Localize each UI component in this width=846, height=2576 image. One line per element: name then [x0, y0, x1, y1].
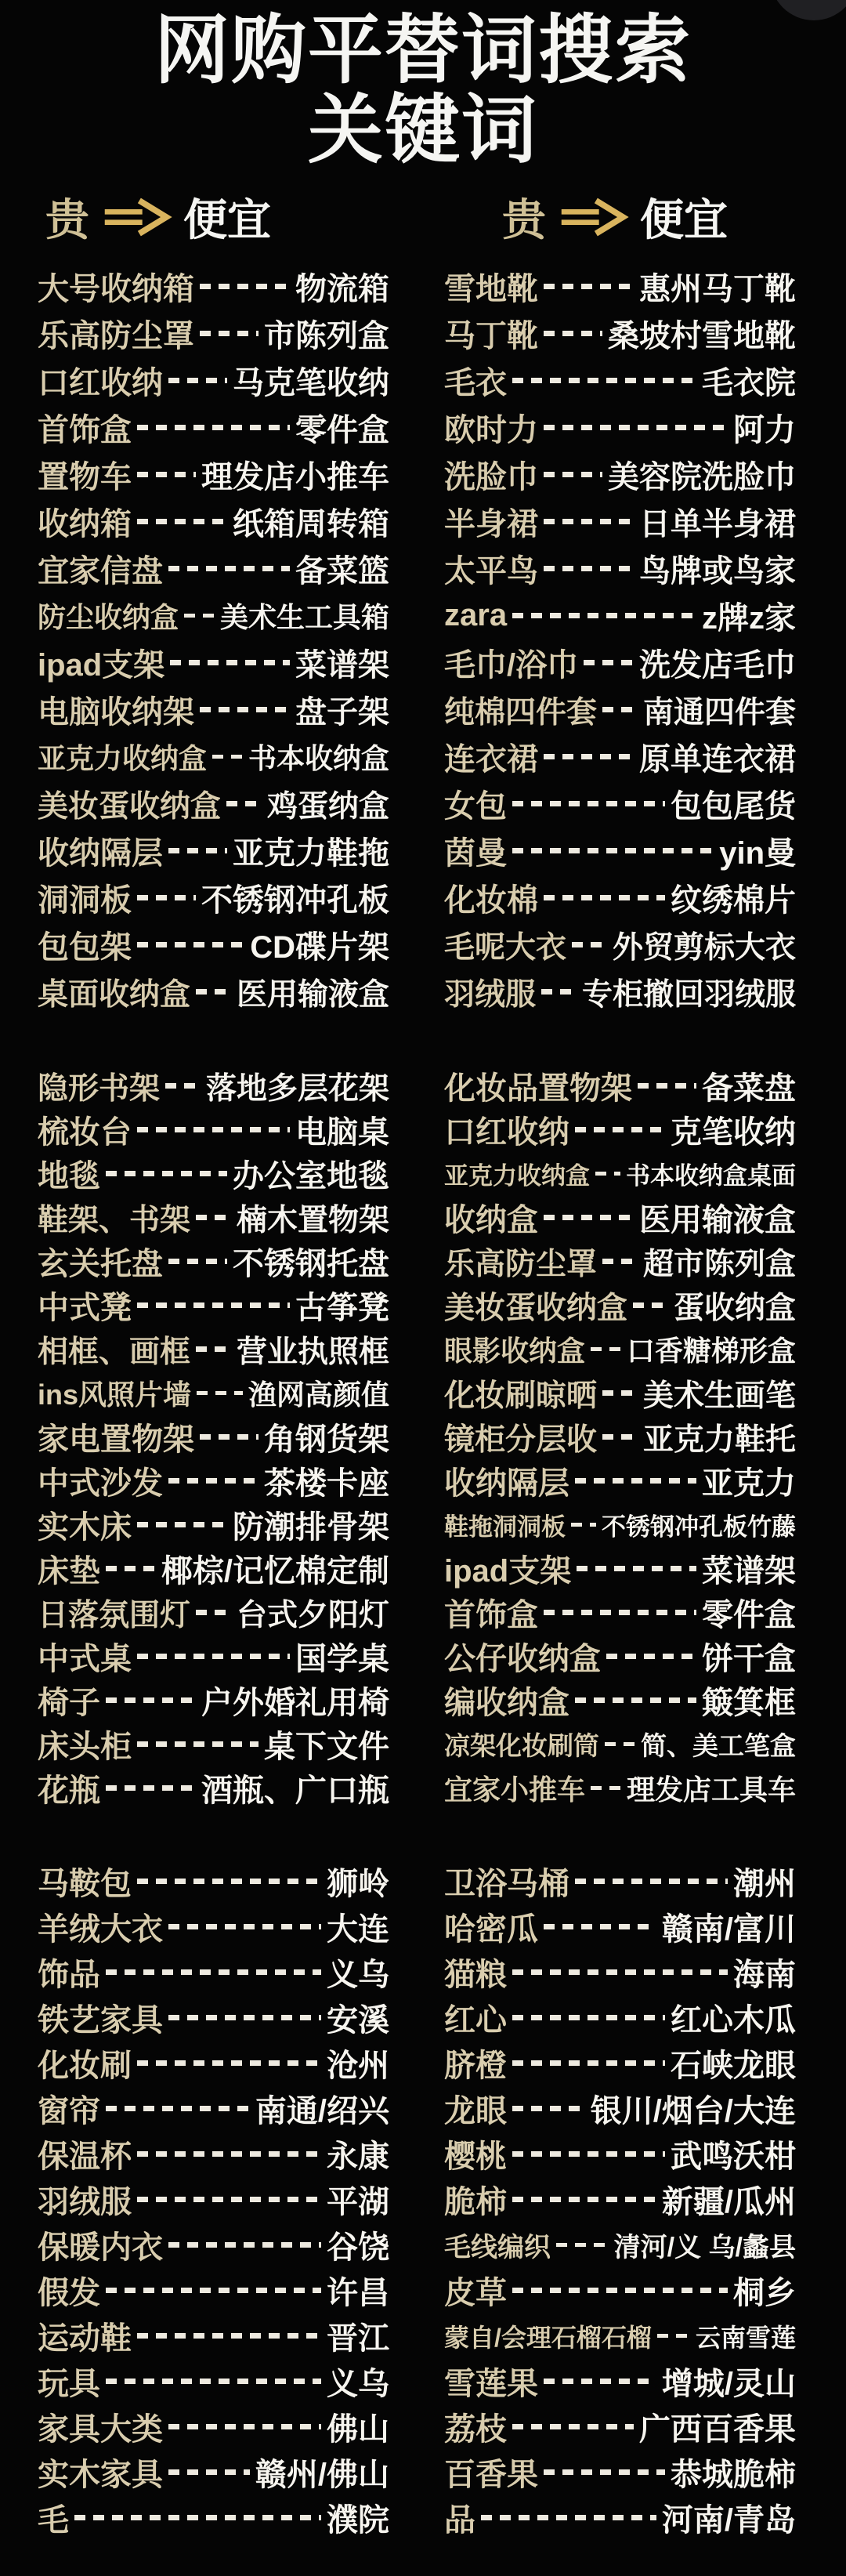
expensive-label: 贵 [45, 186, 89, 248]
expensive-term: 包包架 [38, 922, 132, 967]
substitute-row: 半身裙日单半身裙 [444, 498, 796, 545]
expensive-term: 荔枝 [444, 2404, 507, 2449]
substitute-row: 铁艺家具安溪 [38, 1995, 389, 2041]
dash-filler [544, 2379, 656, 2383]
expensive-term: 桌面收纳盒 [38, 970, 190, 1014]
expensive-term: 乐高防尘罩 [38, 311, 194, 356]
cheap-term: 永康 [327, 2132, 389, 2176]
substitute-row: 毛线编织清河/义 乌/蠡县 [444, 2223, 796, 2268]
dash-filler [602, 1434, 638, 1439]
dash-filler [572, 942, 607, 947]
expensive-term: 收纳隔层 [38, 828, 163, 873]
expensive-term: 乐高防尘罩 [444, 1240, 597, 1284]
dash-filler [137, 2197, 321, 2201]
cheap-term: 广西百香果 [639, 2404, 796, 2449]
expensive-term: 大号收纳箱 [38, 264, 194, 309]
cheap-term: 零件盒 [702, 1590, 796, 1635]
cheap-term: 角钢货架 [264, 1415, 389, 1459]
substitute-row: 亚克力收纳盒书本收纳盒桌面 [444, 1152, 796, 1196]
cheap-term: 惠州马丁靴 [639, 264, 796, 309]
cheap-term: 酒瓶、广口瓶 [201, 1766, 389, 1810]
substitute-row: 毛巾/浴巾洗发店毛巾 [444, 639, 796, 687]
dash-filler [137, 472, 196, 476]
substitute-row: 防尘收纳盒美术生工具箱 [38, 592, 389, 639]
cheap-term: 蛋收纳盒 [674, 1284, 796, 1328]
substitute-row: 毛呢大衣外贸剪标大衣 [444, 922, 796, 969]
cheap-term: 武鸣沃柑 [671, 2132, 796, 2176]
substitute-row: 口红收纳马克笔收纳 [38, 357, 389, 404]
cheap-term: 盘子架 [295, 687, 389, 732]
substitute-row: 百香果恭城脆柿 [444, 2450, 796, 2495]
dash-filler [602, 707, 638, 712]
cheap-term: 包包尾货 [671, 781, 796, 826]
substitute-row: 欧时力阿力 [444, 404, 796, 451]
dash-filler [591, 1786, 621, 1791]
substitute-row: 收纳盒医用输液盒 [444, 1196, 796, 1240]
substitute-row: 眼影收纳盒口香糖梯形盒 [444, 1328, 796, 1371]
expensive-term: 隐形书架 [38, 1064, 160, 1108]
expensive-term: 马丁靴 [444, 311, 538, 356]
expensive-term: 公仔收纳盒 [444, 1634, 601, 1679]
substitute-row: 玩具义乌 [38, 2359, 389, 2404]
legend-group-left: 贵 便宜 [45, 186, 271, 248]
cheap-term: 谷饶 [327, 2223, 389, 2267]
dash-filler [605, 1742, 635, 1746]
substitute-row: 饰品义乌 [38, 1950, 389, 1995]
cheap-term: 桌下文件 [264, 1722, 389, 1766]
expensive-term: 亚克力收纳盒 [38, 737, 207, 777]
expensive-term: 雪莲果 [444, 2359, 538, 2404]
cheap-term: 赣南/富川 [662, 1904, 796, 1949]
dash-filler [226, 801, 262, 806]
substitute-row: 红心红心木瓜 [444, 1995, 796, 2041]
substitute-row: 毛衣毛衣院 [444, 357, 796, 404]
cheap-term: 大连 [327, 1904, 389, 1949]
expensive-term: 实木床 [38, 1502, 132, 1547]
dash-filler [657, 2334, 690, 2338]
substitute-row: 羽绒服平湖 [38, 2177, 389, 2223]
cheap-term: 鸟牌或鸟家 [639, 546, 796, 591]
cheap-term: 椰棕/记忆棉定制 [161, 1546, 389, 1591]
dash-filler [512, 1969, 728, 1974]
substitute-row: 假发许昌 [38, 2268, 389, 2313]
expensive-term: 日落氛围灯 [38, 1591, 190, 1635]
expensive-term: 鞋拖洞洞板 [444, 1507, 566, 1542]
substitute-row: 收纳箱纸箱周转箱 [38, 498, 389, 545]
expensive-term: 置物车 [38, 452, 132, 497]
substitute-row: 女包包包尾货 [444, 781, 796, 828]
substitute-row: 收纳隔层亚克力 [444, 1459, 796, 1503]
cheap-term: 簸箕框 [702, 1678, 796, 1723]
dash-filler [544, 2469, 665, 2474]
expensive-term: 化妆棉 [444, 875, 538, 920]
dash-filler [137, 1302, 290, 1307]
expensive-term: zara [444, 598, 507, 633]
substitute-row: 洞洞板不锈钢冲孔板 [38, 875, 389, 922]
poster-header: 网购平替词搜索 关键词 贵 便宜 贵 便宜 [0, 0, 846, 243]
substitute-row: 荔枝广西百香果 [444, 2404, 796, 2450]
cheap-term: 濮院 [327, 2495, 389, 2540]
substitute-row: 床头柜桌下文件 [38, 1723, 389, 1766]
cheap-term: 亚克力鞋拖 [233, 828, 389, 873]
dash-filler [106, 1566, 156, 1571]
dash-filler [481, 2515, 656, 2520]
expensive-term: 玄关托盘 [38, 1239, 163, 1284]
page-title-line2: 关键词 [0, 91, 846, 171]
expensive-term: 家电置物架 [38, 1415, 194, 1459]
right-column: 卫浴马桶潮州哈密瓜赣南/富川猫粮海南红心红心木瓜脐橙石峡龙眼龙眼银川/烟台/大连… [444, 1859, 796, 2541]
substitute-row: 雪莲果增城/灵山 [444, 2359, 796, 2404]
substitute-row: 大号收纳箱物流箱 [38, 263, 389, 310]
cheap-term: 日单半身裙 [639, 499, 796, 544]
cheap-term: 纹绣棉片 [671, 875, 796, 920]
cheap-term: CD碟片架 [250, 922, 389, 967]
expensive-term: 美妆蛋收纳盒 [38, 782, 221, 826]
substitute-row: 日落氛围灯台式夕阳灯 [38, 1591, 389, 1635]
dash-filler [137, 519, 227, 524]
page-title: 网购平替词搜索 [0, 11, 846, 91]
dash-filler [168, 1259, 227, 1263]
substitute-row: 洗脸巾美容院洗脸巾 [444, 451, 796, 498]
substitute-row: 首饰盒零件盒 [444, 1591, 796, 1635]
substitute-row: 皮草桐乡 [444, 2268, 796, 2313]
expensive-term: 饰品 [38, 1950, 100, 1994]
dash-filler [168, 2424, 321, 2429]
dash-filler [137, 2333, 321, 2338]
dash-filler [106, 2106, 250, 2110]
dash-filler [544, 895, 665, 900]
expensive-term: 皮草 [444, 2268, 507, 2313]
expensive-term: 凉架化妆刷筒 [444, 1726, 599, 1763]
expensive-term: ipad支架 [38, 640, 164, 685]
dash-filler [196, 1215, 231, 1219]
legend-row: 贵 便宜 贵 便宜 [0, 191, 846, 243]
cheap-term: 台式夕阳灯 [237, 1591, 389, 1635]
expensive-term: 毛呢大衣 [444, 923, 566, 967]
dash-filler [137, 895, 196, 900]
substitute-row: 家电置物架角钢货架 [38, 1415, 389, 1459]
expensive-term: 运动鞋 [38, 2313, 132, 2358]
expensive-term: 实木家具 [38, 2450, 163, 2494]
dash-filler [512, 848, 714, 853]
substitute-row: 马丁靴桑坡村雪地靴 [444, 310, 796, 357]
expensive-term: 口红收纳 [38, 358, 163, 403]
dash-filler [512, 613, 696, 618]
expensive-term: 茵曼 [444, 828, 507, 873]
substitute-row: 鞋架、书架楠木置物架 [38, 1196, 389, 1240]
substitute-row: 地毯办公室地毯 [38, 1152, 389, 1196]
cheap-term: 落地多层花架 [206, 1064, 389, 1108]
substitute-row: 卫浴马桶潮州 [444, 1859, 796, 1904]
dash-filler [544, 754, 634, 759]
dash-filler [74, 2515, 321, 2520]
dash-filler [212, 755, 243, 759]
cheap-term: 书本收纳盒 [248, 737, 389, 777]
substitute-row: 蒙自/会理石榴石榴云南雪莲 [444, 2313, 796, 2359]
expensive-term: 椅子 [38, 1678, 100, 1723]
substitute-row: 化妆刷沧州 [38, 2041, 389, 2086]
dash-filler [197, 1391, 243, 1396]
substitute-row: 桌面收纳盒医用输液盒 [38, 969, 389, 1016]
expensive-term: 毛线编织 [444, 2226, 551, 2264]
cheap-term: 户外婚礼用椅 [201, 1678, 389, 1723]
cheap-term: 外贸剪标大衣 [613, 923, 796, 967]
substitute-row: 运动鞋晋江 [38, 2313, 389, 2359]
cheap-term: 营业执照框 [237, 1328, 389, 1371]
cheap-term: 银川/烟台/大连 [591, 2086, 796, 2131]
expensive-term: 中式桌 [38, 1634, 132, 1679]
cheap-term: 晋江 [327, 2313, 389, 2358]
substitute-row: 中式凳古筝凳 [38, 1284, 389, 1328]
substitute-row: 化妆品置物架备菜盘 [444, 1064, 796, 1108]
expensive-term: 口红收纳 [444, 1107, 569, 1152]
expensive-term: 纯棉四件套 [444, 688, 597, 732]
cheap-term: 新疆/瓜州 [662, 2177, 796, 2222]
expensive-term: 相框、画框 [38, 1328, 190, 1371]
cheap-term: 增城/灵山 [662, 2359, 796, 2404]
dash-filler [512, 2151, 665, 2156]
substitute-row: 窗帘南通/绍兴 [38, 2086, 389, 2132]
cheap-term: 佛山 [327, 2404, 389, 2449]
cheap-term: 菜谱架 [702, 1546, 796, 1591]
dash-filler [168, 1478, 258, 1483]
dash-filler [633, 1302, 668, 1307]
cheap-term: 云南雪莲 [696, 2318, 796, 2354]
expensive-term: 家具大类 [38, 2404, 163, 2449]
expensive-term: 蒙自/会理石榴石榴 [444, 2318, 652, 2354]
cheap-term: 理发店工具车 [627, 1768, 796, 1808]
expensive-term: 卫浴马桶 [444, 1859, 569, 1904]
substitute-row: 梳妆台电脑桌 [38, 1108, 389, 1152]
expensive-term: 品 [444, 2495, 475, 2540]
cheap-term: 超市陈列盒 [643, 1240, 796, 1284]
expensive-term: 镜柜分层收 [444, 1415, 597, 1459]
cheap-term: 平湖 [327, 2177, 389, 2222]
dash-filler [512, 378, 696, 382]
substitute-row: 口红收纳克笔收纳 [444, 1108, 796, 1152]
expensive-term: 太平鸟 [444, 546, 538, 591]
dash-filler [571, 1523, 596, 1527]
cheap-term: 海南 [733, 1950, 796, 1994]
cheap-term: 不锈钢冲孔板 [201, 875, 389, 920]
cheap-term: 清河/义 乌/蠡县 [614, 2226, 796, 2264]
cheap-term: 不锈钢冲孔板竹藤 [602, 1507, 796, 1542]
dash-filler [168, 2469, 250, 2474]
dash-filler [575, 1697, 696, 1702]
expensive-term: 宜家小推车 [444, 1768, 585, 1808]
dash-filler [137, 1741, 258, 1746]
cheap-term: 克笔收纳 [671, 1107, 796, 1152]
dash-filler [577, 1566, 696, 1571]
dash-filler [544, 1924, 656, 1929]
substitute-row: 羊绒大衣大连 [38, 1904, 389, 1950]
dash-filler [512, 2424, 634, 2429]
substitute-row: 鞋拖洞洞板不锈钢冲孔板竹藤 [444, 1503, 796, 1547]
expensive-term: 欧时力 [444, 405, 538, 450]
expensive-term: 中式沙发 [38, 1458, 163, 1503]
substitute-row: 连衣裙原单连衣裙 [444, 734, 796, 781]
substitute-row: 马鞍包狮岭 [38, 1859, 389, 1904]
dash-filler [168, 2242, 321, 2247]
expensive-term: 中式凳 [38, 1283, 132, 1328]
right-column: 雪地靴惠州马丁靴马丁靴桑坡村雪地靴毛衣毛衣院欧时力阿力洗脸巾美容院洗脸巾半身裙日… [444, 263, 796, 1016]
dash-filler [544, 284, 634, 288]
dash-filler [137, 1879, 321, 1883]
dash-filler [168, 2015, 321, 2020]
cheap-term: 义乌 [327, 1950, 389, 1994]
cheap-term: 备菜盘 [702, 1063, 796, 1108]
dash-filler [575, 1879, 728, 1883]
cheap-term: 书本收纳盒桌面 [626, 1156, 796, 1191]
substitute-row: 雪地靴惠州马丁靴 [444, 263, 796, 310]
cheap-term: 市陈列盒 [264, 311, 389, 356]
substitute-row: 纯棉四件套南通四件套 [444, 687, 796, 734]
expensive-term: ins风照片墙 [38, 1373, 191, 1413]
substitute-row: 玄关托盘不锈钢托盘 [38, 1240, 389, 1284]
cheap-term: 鸡蛋纳盒 [267, 782, 389, 826]
cheap-term: 亚克力 [702, 1458, 796, 1503]
dash-filler [200, 331, 258, 335]
expensive-term: 首饰盒 [38, 405, 132, 450]
substitute-row: 编收纳盒簸箕框 [444, 1679, 796, 1723]
cheap-term: 洗发店毛巾 [639, 640, 796, 685]
dash-filler [602, 1390, 638, 1395]
substitute-row: 相框、画框营业执照框 [38, 1328, 389, 1371]
dash-filler [196, 989, 231, 994]
expensive-term: 假发 [38, 2268, 100, 2313]
dash-filler [137, 1522, 227, 1527]
cheap-term: 马克笔收纳 [233, 358, 389, 403]
dash-filler [541, 989, 577, 994]
expensive-term: 电脑收纳架 [38, 687, 194, 732]
dash-filler [544, 519, 634, 524]
dash-filler [200, 284, 290, 288]
dash-filler [602, 1259, 638, 1263]
substitute-row: 宜家小推车理发店工具车 [444, 1766, 796, 1810]
expensive-term: 雪地靴 [444, 264, 538, 309]
dash-filler [106, 1171, 227, 1176]
dash-filler [106, 1697, 196, 1702]
dash-filler [512, 2197, 656, 2201]
substitute-row: 首饰盒零件盒 [38, 404, 389, 451]
dash-filler [168, 566, 290, 571]
expensive-term: 花瓶 [38, 1766, 100, 1810]
cheap-term: 恭城脆柿 [671, 2450, 796, 2494]
dash-filler [544, 1610, 696, 1614]
cheap-term: 口香糖梯形盒 [627, 1329, 796, 1369]
dash-filler [165, 1083, 201, 1088]
dash-filler [512, 2060, 665, 2065]
expensive-term: 脆柿 [444, 2177, 507, 2222]
cheap-term: 桐乡 [733, 2268, 796, 2313]
expensive-term: 羽绒服 [444, 970, 536, 1014]
cheap-term: 医用输液盒 [237, 970, 389, 1014]
substitute-row: 猫粮海南 [444, 1950, 796, 1995]
dash-filler [512, 2288, 728, 2292]
dash-filler [137, 2060, 321, 2065]
substitute-row: 品河南/青岛 [444, 2495, 796, 2541]
substitute-row: zaraz牌z家 [444, 592, 796, 639]
substitute-row: 花瓶酒瓶、广口瓶 [38, 1766, 389, 1810]
expensive-term: 窗帘 [38, 2086, 100, 2131]
dash-filler [638, 1083, 696, 1088]
expensive-term: 化妆品置物架 [444, 1063, 632, 1108]
right-column: 化妆品置物架备菜盘口红收纳克笔收纳亚克力收纳盒书本收纳盒桌面收纳盒医用输液盒乐高… [444, 1064, 796, 1810]
expensive-term: 洞洞板 [38, 875, 132, 920]
expensive-term: 玩具 [38, 2359, 100, 2404]
cheap-term: 零件盒 [295, 405, 389, 450]
expensive-term: 亚克力收纳盒 [444, 1156, 590, 1191]
expensive-term: 哈密瓜 [444, 1904, 538, 1949]
substitute-row: 镜柜分层收亚克力鞋托 [444, 1415, 796, 1459]
dash-filler [137, 2151, 321, 2156]
substitute-row: 保温杯永康 [38, 2132, 389, 2177]
cheap-term: 安溪 [327, 1995, 389, 2040]
cheap-term: 义乌 [327, 2359, 389, 2404]
expensive-term: 首饰盒 [444, 1590, 538, 1635]
gold-right-arrow-icon [557, 194, 629, 240]
expensive-term: 女包 [444, 781, 507, 826]
substitute-row: 包包架CD碟片架 [38, 922, 389, 969]
dash-filler [168, 378, 227, 382]
dash-filler [575, 1478, 696, 1483]
dash-filler [544, 472, 602, 476]
dash-filler [200, 1434, 258, 1439]
cheap-label: 便宜 [183, 186, 271, 248]
cheap-term: 桑坡村雪地靴 [608, 311, 796, 356]
cheap-term: 物流箱 [295, 264, 389, 309]
left-column: 大号收纳箱物流箱乐高防尘罩市陈列盒口红收纳马克笔收纳首饰盒零件盒置物车理发店小推… [38, 263, 389, 1016]
expensive-term: 收纳箱 [38, 499, 132, 544]
cheap-term: 防潮排骨架 [233, 1502, 389, 1547]
expensive-term: 猫粮 [444, 1950, 507, 1994]
expensive-term: 马鞍包 [38, 1859, 132, 1904]
cheap-term: 亚克力鞋托 [643, 1415, 796, 1459]
substitute-row: 羽绒服专柜撤回羽绒服 [444, 969, 796, 1016]
expensive-term: 宜家信盘 [38, 546, 163, 591]
substitute-row: 电脑收纳架盘子架 [38, 687, 389, 734]
dash-filler [544, 331, 602, 335]
dash-filler [200, 707, 290, 712]
expensive-term: 连衣裙 [444, 734, 538, 779]
expensive-term: 梳妆台 [38, 1107, 132, 1152]
cheap-term: 备菜篮 [295, 546, 389, 591]
expensive-term: 羽绒服 [38, 2177, 132, 2222]
cheap-term: 毛衣院 [702, 358, 796, 403]
cheap-term: 美术生工具箱 [220, 596, 389, 636]
gold-right-arrow-icon [100, 194, 172, 240]
substitute-row: 家具大类佛山 [38, 2404, 389, 2450]
substitute-row: 太平鸟鸟牌或鸟家 [444, 545, 796, 592]
expensive-term: 铁艺家具 [38, 1995, 163, 2040]
substitute-row: 保暖内衣谷饶 [38, 2223, 389, 2268]
section-3: 马鞍包狮岭羊绒大衣大连饰品义乌铁艺家具安溪化妆刷沧州窗帘南通/绍兴保温杯永康羽绒… [38, 1859, 796, 2541]
dash-filler [575, 1127, 665, 1132]
section-2: 隐形书架落地多层花架梳妆台电脑桌地毯办公室地毯鞋架、书架楠木置物架玄关托盘不锈钢… [38, 1064, 796, 1810]
expensive-term: 化妆刷 [38, 2041, 132, 2085]
substitute-row: 美妆蛋收纳盒鸡蛋纳盒 [38, 781, 389, 828]
cheap-term: 古筝凳 [295, 1283, 389, 1328]
expensive-term: 眼影收纳盒 [444, 1329, 585, 1369]
substitute-row: 美妆蛋收纳盒蛋收纳盒 [444, 1284, 796, 1328]
expensive-term: 防尘收纳盒 [38, 596, 179, 636]
cheap-term: 楠木置物架 [237, 1196, 389, 1240]
cheap-term: 医用输液盒 [639, 1195, 796, 1240]
cheap-term: 阿力 [733, 405, 796, 450]
dash-filler [591, 1347, 621, 1352]
substitute-row: 毛濮院 [38, 2495, 389, 2541]
expensive-term: 红心 [444, 1995, 507, 2040]
